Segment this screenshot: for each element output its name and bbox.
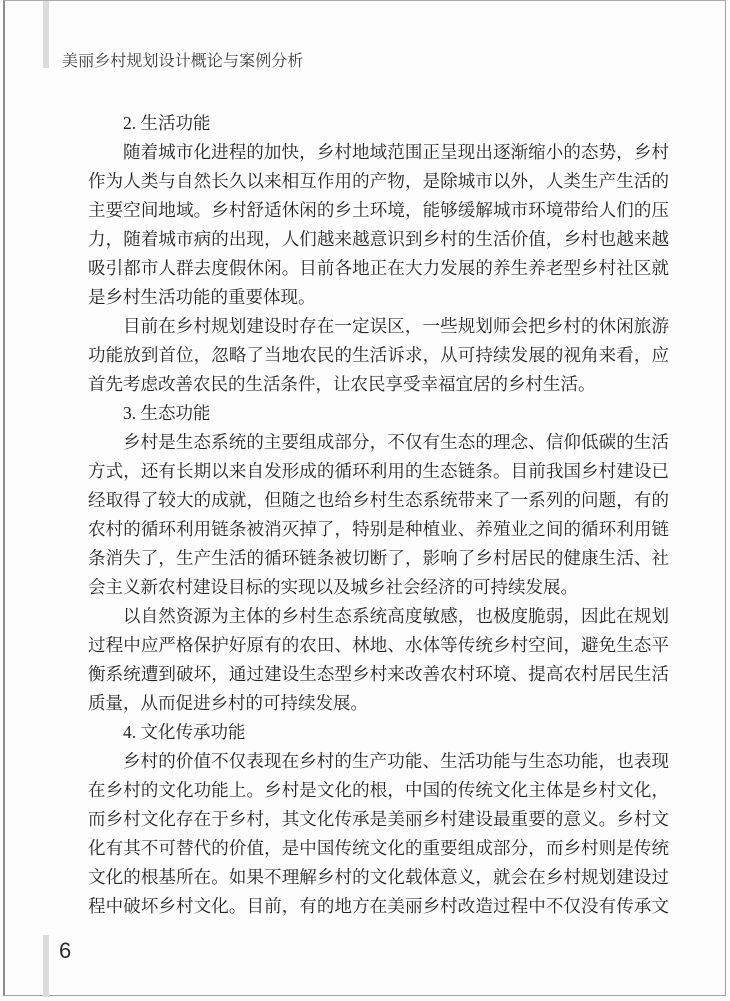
text-line: 主要空间地域。乡村舒适休闲的乡土环境，能够缓解城市环境带给人们的压 bbox=[88, 196, 669, 225]
text-line: 文化的根基所在。如果不理解乡村的文化载体意义，就会在乡村规划建设过 bbox=[88, 863, 669, 892]
text-line: 农村的循环利用链条被消灭掉了，特别是种植业、养殖业之间的循环利用链 bbox=[88, 515, 669, 544]
text-line: 经取得了较大的成就，但随之也给乡村生态系统带来了一系列的问题，有的 bbox=[88, 486, 669, 515]
section-heading: 4. 文化传承功能 bbox=[88, 718, 669, 747]
text-line: 吸引都市人群去度假休闲。目前各地正在大力发展的养生养老型乡村社区就 bbox=[88, 254, 669, 283]
section-heading: 3. 生态功能 bbox=[88, 399, 669, 428]
top-margin-bar bbox=[43, 1, 49, 68]
text-line: 过程中应严格保护好原有的农田、林地、水体等传统乡村空间，避免生态平 bbox=[88, 631, 669, 660]
text-line: 随着城市化进程的加快，乡村地域范围正呈现出逐渐缩小的态势，乡村 bbox=[88, 138, 669, 167]
text-line: 以自然资源为主体的乡村生态系统高度敏感，也极度脆弱，因此在规划 bbox=[88, 602, 669, 631]
text-line: 乡村的价值不仅表现在乡村的生产功能、生活功能与生态功能，也表现 bbox=[88, 747, 669, 776]
text-line: 条消失了，生产生活的循环链条被切断了，影响了乡村居民的健康生活、社 bbox=[88, 544, 669, 573]
text-line: 目前在乡村规划建设时存在一定误区，一些规划师会把乡村的休闲旅游 bbox=[88, 312, 669, 341]
text-line: 会主义新农村建设目标的实现以及城乡社会经济的可持续发展。 bbox=[88, 573, 669, 602]
text-line: 质量，从而促进乡村的可持续发展。 bbox=[88, 689, 669, 718]
page-number: 6 bbox=[59, 938, 71, 964]
text-line: 在乡村的文化功能上。乡村是文化的根，中国的传统文化主体是乡村文化， bbox=[88, 776, 669, 805]
text-line: 力，随着城市病的出现，人们越来越意识到乡村的生活价值，乡村也越来越 bbox=[88, 225, 669, 254]
text-line: 作为人类与自然长久以来相互作用的产物，是除城市以外，人类生产生活的 bbox=[88, 167, 669, 196]
section-heading: 2. 生活功能 bbox=[88, 109, 669, 138]
running-header-title: 美丽乡村规划设计概论与案例分析 bbox=[62, 48, 304, 71]
body-text: 2. 生活功能随着城市化进程的加快，乡村地域范围正呈现出逐渐缩小的态势，乡村作为… bbox=[88, 109, 669, 921]
text-line: 首先考虑改善农民的生活条件，让农民享受幸福宜居的乡村生活。 bbox=[88, 370, 669, 399]
text-line: 是乡村生活功能的重要体现。 bbox=[88, 283, 669, 312]
text-line: 乡村是生态系统的主要组成部分，不仅有生态的理念、信仰低碳的生活 bbox=[88, 428, 669, 457]
text-line: 化有其不可替代的价值，是中国传统文化的重要组成部分，而乡村则是传统 bbox=[88, 834, 669, 863]
text-line: 功能放到首位，忽略了当地农民的生活诉求，从可持续发展的视角来看，应 bbox=[88, 341, 669, 370]
text-line: 方式，还有长期以来自发形成的循环利用的生态链条。目前我国乡村建设已 bbox=[88, 457, 669, 486]
text-line: 程中破坏乡村文化。目前，有的地方在美丽乡村改造过程中不仅没有传承文 bbox=[88, 892, 669, 921]
text-line: 衡系统遭到破坏，通过建设生态型乡村来改善农村环境、提高农村居民生活 bbox=[88, 660, 669, 689]
bottom-margin-bar bbox=[43, 935, 49, 997]
text-line: 而乡村文化存在于乡村，其文化传承是美丽乡村建设最重要的意义。乡村文 bbox=[88, 805, 669, 834]
